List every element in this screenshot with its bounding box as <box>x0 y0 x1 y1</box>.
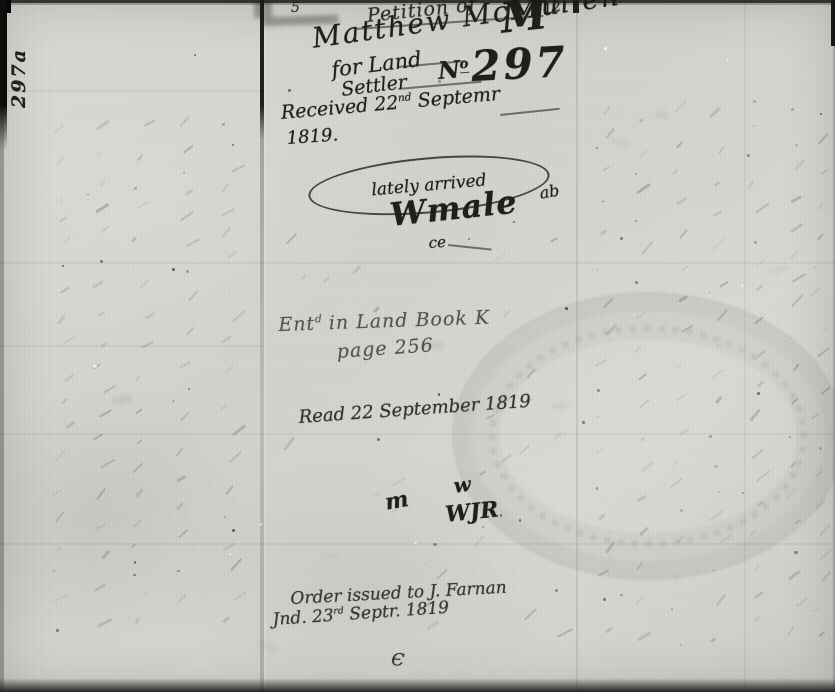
ghost-mark <box>557 628 573 638</box>
ghost-mark <box>602 166 610 172</box>
ghost-mark <box>145 312 155 319</box>
ghost-mark <box>131 236 137 243</box>
ink-speck <box>60 199 62 201</box>
ghost-mark <box>790 461 797 468</box>
ghost-mark <box>492 252 506 262</box>
ink-speck <box>680 644 682 646</box>
ghost-mark <box>61 398 68 404</box>
ink-speck <box>757 392 760 395</box>
ghost-mark <box>57 315 65 325</box>
ghost-mark <box>176 447 184 456</box>
ink-speck <box>482 526 484 528</box>
paper-fleck <box>259 523 262 526</box>
ink-speck <box>468 238 470 240</box>
ink-speck <box>747 154 750 157</box>
ghost-mark <box>638 373 647 381</box>
ghost-mark <box>787 626 794 635</box>
ink-speck <box>134 561 137 564</box>
ink-speck <box>56 629 59 632</box>
ghost-mark <box>747 181 754 189</box>
ghost-mark <box>99 409 112 418</box>
ghost-mark <box>720 534 732 545</box>
ghost-mark <box>817 234 824 241</box>
ghost-mark <box>785 488 796 501</box>
ghost-mark <box>64 373 74 382</box>
ghost-mark <box>229 451 242 463</box>
ghost-mark <box>603 105 611 115</box>
ink-speck <box>794 551 797 554</box>
ink-speck <box>133 266 135 268</box>
ghost-mark <box>790 222 803 232</box>
ink-speck <box>134 187 137 190</box>
ink-speck <box>754 241 757 244</box>
ghost-mark <box>605 540 615 553</box>
ghost-mark <box>677 535 684 543</box>
ink-speck <box>186 270 189 273</box>
ink-speck <box>177 570 180 573</box>
ghost-mark <box>817 203 824 210</box>
ink-speck <box>597 269 599 271</box>
paper-smudge <box>656 112 668 118</box>
ghost-mark <box>709 510 723 521</box>
paper-fleck <box>229 553 231 555</box>
ghost-mark <box>137 439 143 445</box>
ink-speck <box>565 307 568 310</box>
ink-speck <box>671 608 673 610</box>
ghost-mark <box>822 327 828 333</box>
ink-speck <box>377 438 380 441</box>
ghost-mark <box>819 525 830 537</box>
ghost-mark <box>794 160 805 171</box>
ghost-mark <box>815 499 825 510</box>
ink-speck <box>814 266 816 268</box>
ghost-mark <box>93 433 104 441</box>
ghost-mark <box>713 210 722 216</box>
received-year: 1819. <box>286 124 339 149</box>
ghost-mark <box>791 398 799 405</box>
ghost-mark <box>323 277 330 283</box>
bottom-mark: Є <box>391 650 405 671</box>
ghost-mark <box>103 384 117 393</box>
ghost-mark <box>179 361 191 369</box>
ghost-mark <box>636 562 644 571</box>
ghost-mark <box>756 284 764 291</box>
ink-speck <box>438 393 440 395</box>
ink-speck <box>232 529 235 532</box>
ghost-mark <box>637 631 651 641</box>
ink-speck <box>709 435 712 438</box>
paper-fleck <box>604 47 607 50</box>
ghost-mark <box>283 437 295 451</box>
ghost-mark <box>183 144 194 153</box>
ghost-mark <box>639 526 648 535</box>
ghost-mark <box>716 594 726 606</box>
ghost-mark <box>391 477 406 486</box>
ghost-mark <box>56 546 62 551</box>
ghost-mark <box>99 180 106 187</box>
ghost-mark <box>141 341 154 349</box>
ink-speck <box>790 337 793 340</box>
ghost-mark <box>186 239 200 247</box>
ghost-mark <box>818 132 828 143</box>
ghost-mark <box>812 607 820 613</box>
ghost-mark <box>678 295 687 302</box>
ghost-mark <box>503 309 511 317</box>
ghost-mark <box>598 569 609 576</box>
ink-speck <box>753 100 756 103</box>
ink-speck <box>229 290 230 291</box>
ink-speck <box>288 89 291 92</box>
ghost-mark <box>821 169 828 175</box>
ghost-mark <box>520 445 530 454</box>
ghost-mark <box>55 511 65 522</box>
ghost-mark <box>234 591 247 601</box>
ghost-mark <box>426 621 439 631</box>
ghost-mark <box>595 446 605 455</box>
ghost-mark <box>679 428 689 435</box>
ink-speck <box>709 292 711 294</box>
ghost-mark <box>96 119 110 130</box>
ghost-mark <box>821 386 830 394</box>
paper-smudge <box>610 138 628 146</box>
paper-fleck <box>726 59 728 61</box>
ink-speck <box>603 598 606 601</box>
clerk-initial-right-top: w <box>452 472 472 498</box>
ghost-mark <box>135 375 140 381</box>
ghost-mark <box>131 543 137 549</box>
ghost-mark <box>222 616 230 623</box>
ink-speck <box>714 465 718 469</box>
ghost-mark <box>681 265 689 272</box>
ink-speck <box>789 436 791 438</box>
ghost-mark <box>675 99 687 112</box>
ghost-mark <box>139 592 148 597</box>
ghost-mark <box>790 195 802 203</box>
ghost-mark <box>133 519 142 527</box>
ghost-mark <box>811 412 821 420</box>
ink-speck <box>100 260 103 263</box>
ink-speck <box>597 416 599 418</box>
paper-fleck <box>414 542 417 545</box>
paper-fleck <box>93 365 96 368</box>
ghost-mark <box>232 310 246 323</box>
ghost-mark <box>225 485 233 495</box>
ghost-mark <box>670 478 683 489</box>
number-prefix-superscript: o <box>459 57 469 74</box>
ghost-mark <box>59 216 67 222</box>
ghost-mark <box>756 258 766 267</box>
ghost-mark <box>54 594 68 602</box>
ghost-mark <box>756 471 770 482</box>
ghost-mark <box>810 286 822 297</box>
ghost-mark <box>352 265 361 275</box>
ghost-mark <box>178 530 188 539</box>
ghost-mark <box>789 249 799 260</box>
ink-speck <box>188 388 190 390</box>
ink-speck <box>680 509 683 512</box>
ghost-mark <box>501 453 512 463</box>
ghost-mark <box>679 229 688 239</box>
clerk-initial-left: m <box>383 486 410 516</box>
ghost-mark <box>96 488 106 500</box>
ink-speck <box>87 194 89 196</box>
ink-speck <box>620 237 623 240</box>
ghost-mark <box>100 341 108 348</box>
order-date-pre: Jnd. 23 <box>272 606 334 630</box>
order-date-superscript: rd <box>333 605 344 617</box>
ghost-mark <box>224 365 234 375</box>
ink-speck <box>820 113 822 115</box>
ghost-mark <box>636 494 647 502</box>
ghost-mark <box>55 449 66 462</box>
ghost-mark <box>188 290 199 302</box>
ink-speck <box>596 147 598 149</box>
ghost-mark <box>550 237 558 243</box>
ghost-mark <box>793 364 799 372</box>
ghost-mark <box>186 327 195 335</box>
ghost-mark <box>750 530 756 536</box>
ghost-mark <box>605 627 612 633</box>
ghost-mark <box>286 233 297 245</box>
ghost-mark <box>139 279 149 290</box>
ink-speck <box>819 447 822 450</box>
ink-speck <box>635 173 637 175</box>
ink-speck <box>635 281 638 284</box>
ghost-mark <box>635 312 646 320</box>
ghost-mark <box>135 408 142 414</box>
ghost-mark <box>638 149 649 158</box>
ink-speck <box>500 514 502 516</box>
ghost-mark <box>757 501 764 507</box>
ink-speck <box>62 265 64 267</box>
ghost-mark <box>92 280 104 288</box>
paper-smudge <box>323 552 340 560</box>
ghost-mark <box>753 616 760 623</box>
entered-pre: Ent <box>278 313 315 336</box>
ghost-mark <box>301 274 306 279</box>
number-label: No <box>437 54 470 85</box>
ink-speck <box>713 570 714 571</box>
ghost-mark <box>815 470 823 477</box>
ghost-mark <box>757 380 765 388</box>
received-superscript: nd <box>397 91 411 104</box>
ink-speck <box>635 220 637 222</box>
ghost-mark <box>754 591 764 598</box>
ghost-mark <box>222 542 235 551</box>
ghost-mark <box>221 183 229 193</box>
ink-speck <box>602 201 604 203</box>
ghost-mark <box>101 226 109 233</box>
ghost-mark <box>719 281 729 288</box>
ink-speck <box>597 389 600 392</box>
ink-speck <box>795 144 798 147</box>
paper-smudge <box>257 639 278 653</box>
ink-speck <box>172 268 175 271</box>
ghost-mark <box>718 146 724 154</box>
ghost-mark <box>788 570 801 580</box>
ink-speck <box>513 221 515 223</box>
ink-speck <box>555 589 558 592</box>
ghost-mark <box>672 168 679 175</box>
ghost-mark <box>96 523 106 529</box>
signature-sub-initials: ce <box>428 233 446 252</box>
ink-speck <box>53 570 55 572</box>
ghost-mark <box>221 226 232 238</box>
ghost-mark <box>749 408 761 421</box>
ghost-mark <box>53 123 65 134</box>
ghost-mark <box>754 316 764 325</box>
ghost-mark <box>675 394 685 401</box>
ink-speck <box>232 144 234 146</box>
ghost-mark <box>791 294 804 308</box>
ghost-mark <box>220 403 227 410</box>
ghost-mark <box>180 210 194 221</box>
paper-smudge <box>551 404 568 409</box>
after-circle-initials: ab <box>538 181 561 203</box>
ink-speck <box>183 172 185 174</box>
ghost-mark <box>605 324 617 336</box>
ghost-mark <box>672 461 678 466</box>
ghost-mark <box>754 564 760 571</box>
ink-speck <box>742 492 744 494</box>
ghost-mark <box>755 203 769 213</box>
ghost-mark <box>176 475 186 482</box>
ghost-mark <box>62 336 75 345</box>
ink-speck <box>582 421 586 425</box>
ghost-mark <box>176 502 184 511</box>
ink-speck <box>98 153 100 155</box>
ghost-mark <box>474 535 484 547</box>
margin-number-vertical: 297a <box>8 48 30 108</box>
ghost-mark <box>56 156 65 167</box>
ghost-mark <box>819 548 833 561</box>
ghost-mark <box>717 308 728 321</box>
ghost-mark <box>711 369 724 380</box>
ghost-mark <box>635 595 644 605</box>
ghost-mark <box>179 117 190 128</box>
clerk-initial-right-bottom: WJR <box>444 496 500 527</box>
ghost-mark <box>526 368 536 379</box>
ghost-mark <box>714 181 720 186</box>
ghost-mark <box>180 412 190 422</box>
ghost-mark <box>134 618 140 625</box>
scan-edge-left-shadow <box>0 0 4 692</box>
ghost-mark <box>817 347 830 357</box>
ghost-mark <box>62 236 71 244</box>
paper-fleck <box>599 397 601 399</box>
ghost-mark <box>524 608 537 621</box>
ghost-mark <box>98 312 105 317</box>
ghost-mark <box>796 597 808 608</box>
ink-speck <box>433 543 437 547</box>
ghost-mark <box>144 119 155 126</box>
ghost-mark <box>595 358 607 366</box>
ink-speck <box>596 487 599 490</box>
ink-speck <box>639 119 643 123</box>
ghost-mark <box>636 183 651 194</box>
ink-speck <box>718 491 720 493</box>
ghost-mark <box>135 488 143 497</box>
ghost-mark <box>794 519 801 524</box>
ghost-mark <box>97 618 112 627</box>
paper-smudge <box>112 393 132 406</box>
ghost-mark <box>231 164 245 173</box>
ghost-mark <box>673 573 681 579</box>
docket-number: 297 <box>470 37 569 91</box>
ghost-mark <box>553 432 562 441</box>
ghost-mark <box>757 350 765 357</box>
ghost-mark <box>479 470 487 476</box>
ghost-mark <box>792 274 806 284</box>
ink-speck <box>620 594 623 597</box>
paper-smudge <box>769 265 788 274</box>
ghost-mark <box>715 342 721 348</box>
ghost-mark <box>712 237 726 251</box>
ink-speck <box>519 519 522 522</box>
ink-speck <box>173 400 174 401</box>
ghost-mark <box>710 637 717 642</box>
ghost-mark <box>751 449 764 460</box>
ghost-mark <box>639 399 650 409</box>
ink-speck <box>753 125 755 127</box>
ghost-mark <box>60 287 69 294</box>
ghost-mark <box>94 583 106 591</box>
ghost-mark <box>603 298 613 308</box>
ghost-mark <box>65 420 76 429</box>
ghost-mark <box>227 251 237 260</box>
ghost-mark <box>232 424 246 436</box>
number-prefix: N <box>437 54 461 84</box>
ghost-mark <box>640 461 654 473</box>
scan-edge-bottom <box>0 678 835 692</box>
ghost-mark <box>821 572 831 583</box>
ghost-mark <box>137 155 143 161</box>
ghost-mark <box>709 107 721 118</box>
ghost-mark <box>221 208 235 217</box>
ghost-mark <box>221 335 232 343</box>
ink-speck <box>133 574 136 577</box>
ghost-mark <box>641 241 653 255</box>
ghost-mark <box>436 568 448 579</box>
ghost-mark <box>95 203 109 213</box>
document-page: 297a 5 Petition of M 12 Matthew McMullen… <box>0 0 835 692</box>
ghost-mark <box>634 345 641 353</box>
ink-speck <box>791 108 794 111</box>
ghost-mark <box>230 558 242 571</box>
ink-speck <box>222 123 225 126</box>
ghost-mark <box>676 141 683 148</box>
ghost-mark <box>373 491 381 497</box>
ghost-mark <box>681 324 694 333</box>
ghost-mark <box>676 197 687 206</box>
ghost-mark <box>674 364 683 370</box>
ghost-mark <box>715 396 722 404</box>
ink-speck <box>224 516 226 518</box>
ghost-mark <box>101 550 110 560</box>
ghost-mark <box>51 489 62 497</box>
ghost-mark <box>818 631 826 638</box>
ink-speck <box>641 438 644 441</box>
ghost-mark <box>132 463 143 473</box>
ink-speck <box>194 54 196 56</box>
paper-fleck <box>741 284 743 286</box>
ghost-mark <box>137 201 150 209</box>
scan-edge-top-shadow <box>0 3 835 5</box>
ghost-mark <box>100 458 115 468</box>
ghost-mark <box>425 559 433 566</box>
ghost-mark <box>598 513 605 520</box>
ghost-mark <box>177 594 187 603</box>
